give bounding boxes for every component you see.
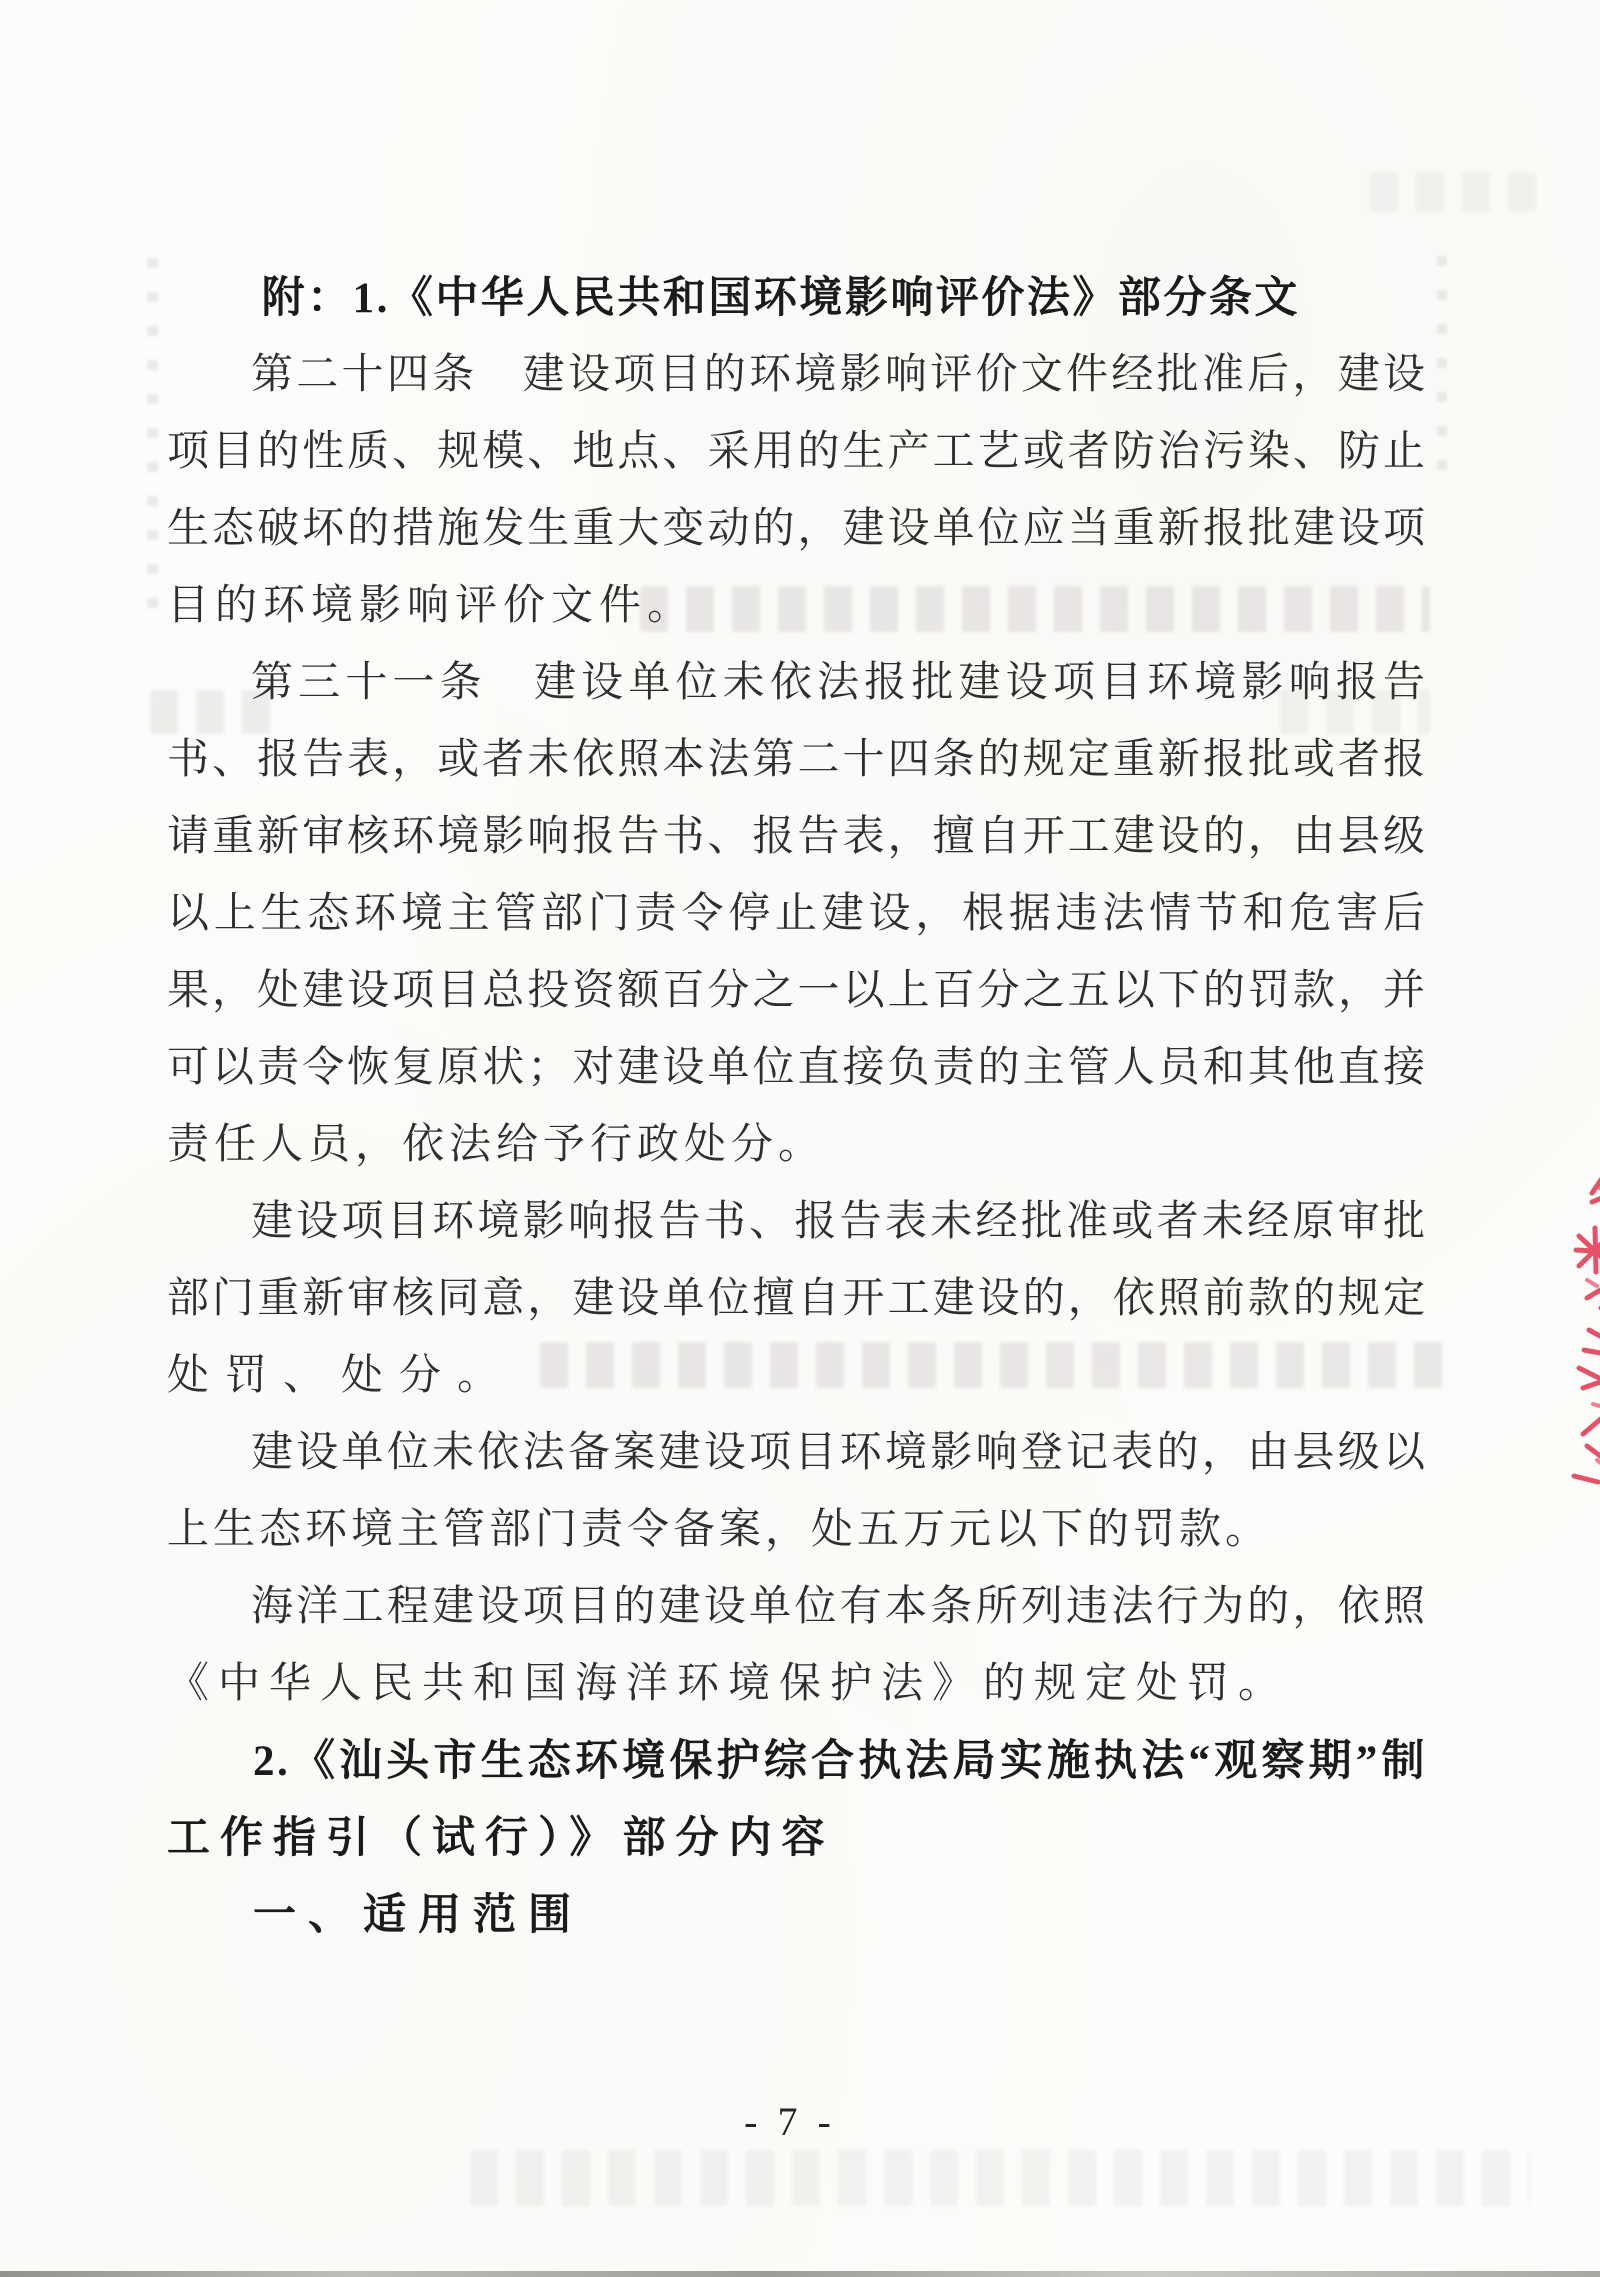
text-line: 第三十一条 建设单位未依法报批建设项目环境影响报告 bbox=[167, 645, 1427, 722]
bleed-through-artifact bbox=[1370, 172, 1540, 212]
scanned-page: 附：1.《中华人民共和国环境影响评价法》部分条文第二十四条 建设项目的环境影响评… bbox=[0, 0, 1600, 2277]
text-line: 第二十四条 建设项目的环境影响评价文件经批准后，建设 bbox=[167, 337, 1427, 414]
section-2-title-line: 2.《汕头市生态环境保护综合执法局实施执法“观察期”制度 bbox=[167, 1723, 1427, 1800]
text-line: 书、报告表，或者未依照本法第二十四条的规定重新报批或者报 bbox=[167, 722, 1427, 799]
text-line: 以上生态环境主管部门责令停止建设，根据违法情节和危害后 bbox=[167, 876, 1427, 953]
document-body: 附：1.《中华人民共和国环境影响评价法》部分条文第二十四条 建设项目的环境影响评… bbox=[167, 260, 1427, 1954]
section-2-title-line: 工作指引（试行）》部分内容 bbox=[167, 1800, 1427, 1877]
section-heading-line: 一、适用范围 bbox=[167, 1877, 1427, 1954]
text-line: 目的环境影响评价文件。 bbox=[167, 568, 1427, 645]
text-line: 建设项目环境影响报告书、报告表未经批准或者未经原审批 bbox=[167, 1184, 1427, 1261]
text-line: 项目的性质、规模、地点、采用的生产工艺或者防治污染、防止 bbox=[167, 414, 1427, 491]
text-line: 部门重新审核同意，建设单位擅自开工建设的，依照前款的规定 bbox=[167, 1261, 1427, 1338]
red-seal-fragment bbox=[1549, 1160, 1600, 1490]
text-line: 责任人员，依法给予行政处分。 bbox=[167, 1107, 1427, 1184]
text-line: 请重新审核环境影响报告书、报告表，擅自开工建设的，由县级 bbox=[167, 799, 1427, 876]
text-line: 海洋工程建设项目的建设单位有本条所列违法行为的，依照 bbox=[167, 1569, 1427, 1646]
scan-noise-strip bbox=[147, 258, 158, 628]
scan-edge-shadow bbox=[0, 2271, 1600, 2277]
text-line: 建设单位未依法备案建设项目环境影响登记表的，由县级以 bbox=[167, 1415, 1427, 1492]
text-line: 果，处建设项目总投资额百分之一以上百分之五以下的罚款，并 bbox=[167, 953, 1427, 1030]
attachment-title-line: 附：1.《中华人民共和国环境影响评价法》部分条文 bbox=[167, 260, 1427, 337]
page-number: - 7 - bbox=[0, 2098, 1580, 2168]
text-line: 可以责令恢复原状；对建设单位直接负责的主管人员和其他直接 bbox=[167, 1030, 1427, 1107]
text-line: 生态破坏的措施发生重大变动的，建设单位应当重新报批建设项 bbox=[167, 491, 1427, 568]
text-line: 上生态环境主管部门责令备案，处五万元以下的罚款。 bbox=[167, 1492, 1427, 1569]
scan-noise-strip bbox=[1437, 256, 1447, 476]
text-line: 处罚、处分。 bbox=[167, 1338, 1427, 1415]
text-line: 《中华人民共和国海洋环境保护法》的规定处罚。 bbox=[167, 1646, 1427, 1723]
